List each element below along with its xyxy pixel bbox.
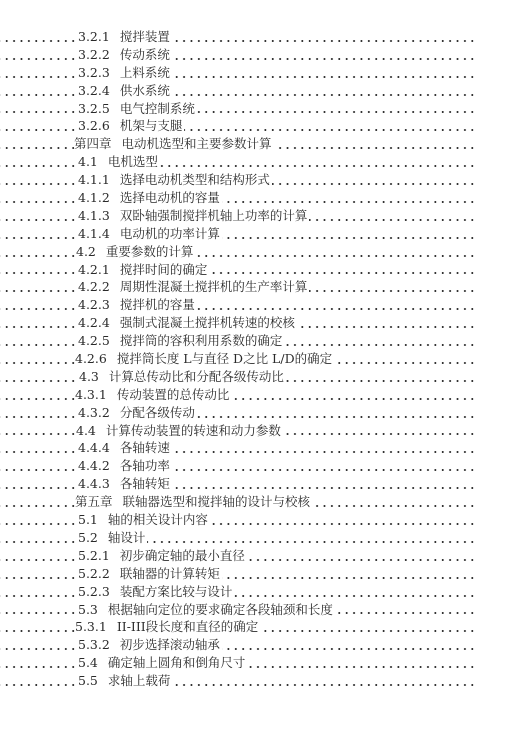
toc-entry-number: 5.2.3 <box>78 583 110 601</box>
leader-dots <box>0 487 476 489</box>
toc-entry-text: 5.2.1初步确定轴的最小直径 <box>78 548 247 563</box>
toc-entry-title: 选择电动机的容量 <box>120 190 220 205</box>
toc-entry-number: 5.3.2 <box>78 636 110 654</box>
toc-entry-number: 4.4.2 <box>78 457 110 475</box>
toc-entry[interactable]: 4.4.2各轴功率 <box>0 457 476 475</box>
toc-entry[interactable]: 5.5求轴上载荷 <box>0 672 476 690</box>
toc-entry-number: 5.3 <box>78 601 98 619</box>
toc-entry-text: 4.2.5搅拌筒的容积利用系数的确定 <box>78 333 284 348</box>
toc-entry[interactable]: 5.3根据轴向定位的要求确定各段轴颈和长度 <box>0 601 476 619</box>
toc-entry-text: 3.2.3上料系统 <box>78 65 172 80</box>
toc-entry-title: 供水系统 <box>120 83 170 98</box>
toc-entry-text: 4.3.2分配各级传动 <box>78 405 197 420</box>
toc-entry-number: 4.1.4 <box>78 225 110 243</box>
leader-dots <box>0 595 476 597</box>
toc-entry-title: 周期性混凝土搅拌机的生产率计算 <box>120 279 308 294</box>
leader-dots <box>0 469 476 471</box>
toc-entry-text: 4.4.3各轴转矩 <box>78 476 172 491</box>
leader-dots <box>0 165 476 167</box>
toc-entry[interactable]: 4.2.5搅拌筒的容积利用系数的确定 <box>0 332 476 350</box>
toc-entry-title: 初步选择滚动轴承 <box>120 637 220 652</box>
leader-dots <box>0 111 476 113</box>
toc-entry-text: 4.2.4强制式混凝土搅拌机转速的校核 <box>78 315 297 330</box>
toc-entry-text: 4.3.1传动装置的总传动比 <box>75 387 231 402</box>
toc-entry[interactable]: 3.2.6机架与支腿 <box>0 117 476 135</box>
toc-entry-number: 4.2.6 <box>75 350 107 368</box>
toc-entry-text: 5.2.2联轴器的计算转矩 <box>78 566 222 581</box>
toc-entry-number: 4.2.3 <box>78 296 110 314</box>
toc-entry[interactable]: 第五章联轴器选型和搅拌轴的设计与校核 <box>0 493 476 511</box>
toc-entry[interactable]: 3.2.5电气控制系统 <box>0 100 476 118</box>
toc-entry-title: II-III段长度和直径的确定 <box>117 619 258 634</box>
toc-entry-text: 4.1.3双卧轴强制搅拌机轴上功率的计算 <box>78 208 309 223</box>
toc-entry[interactable]: 5.2.2联轴器的计算转矩 <box>0 565 476 583</box>
toc-entry-number: 5.5 <box>78 672 98 690</box>
toc-entry-title: 初步确定轴的最小直径 <box>120 548 245 563</box>
leader-dots <box>0 40 476 42</box>
toc-entry-text: 4.1.2选择电动机的容量 <box>78 190 222 205</box>
toc-entry-text: 5.2.3装配方案比较与设计 <box>78 584 234 599</box>
toc-entry-text: 5.5求轴上载荷 <box>78 673 172 688</box>
toc-entry-text: 4.1.4电动机的功率计算 <box>78 226 222 241</box>
toc-entry-title: 上料系统 <box>120 65 170 80</box>
toc-entry-text: 5.3.1II-III段长度和直径的确定 <box>75 619 260 634</box>
toc-entry[interactable]: 4.2.6搅拌筒长度 L与直径 D之比 L/D的确定 <box>0 350 476 368</box>
toc-entry[interactable]: 4.1电机选型 <box>0 153 476 171</box>
toc-entry-number: 3.2.5 <box>78 100 110 118</box>
toc-entry[interactable]: 4.4.3各轴转矩 <box>0 475 476 493</box>
leader-dots <box>0 398 476 400</box>
toc-entry[interactable]: 5.3.1II-III段长度和直径的确定 <box>0 618 476 636</box>
leader-dots <box>0 201 476 203</box>
leader-dots <box>0 416 476 418</box>
toc-entry-number: 4.1.1 <box>78 171 110 189</box>
toc-entry-title: 分配各级传动 <box>120 405 195 420</box>
leader-dots <box>0 129 476 131</box>
toc-entry-title: 电动机的功率计算 <box>120 226 220 241</box>
toc-entry-title: 求轴上载荷 <box>108 673 171 688</box>
leader-dots <box>0 684 476 686</box>
toc-entry-number: 4.4.3 <box>78 475 110 493</box>
toc-entry[interactable]: 4.2.4强制式混凝土搅拌机转速的校核 <box>0 314 476 332</box>
toc-entry-text: 4.2.2周期性混凝土搅拌机的生产率计算 <box>78 279 309 294</box>
toc-entry-text: 4.2.6搅拌筒长度 L与直径 D之比 L/D的确定 <box>75 351 334 366</box>
toc-entry-number: 4.2.1 <box>78 261 110 279</box>
leader-dots <box>0 523 476 525</box>
toc-entry-text: 3.2.1搅拌装置 <box>78 29 172 44</box>
toc-entry-text: 3.2.2传动系统 <box>78 47 172 62</box>
toc-entry-title: 强制式混凝土搅拌机转速的校核 <box>120 315 295 330</box>
leader-dots <box>0 577 476 579</box>
toc-entry-text: 4.4计算传动装置的转速和动力参数 <box>76 423 283 438</box>
toc-entry[interactable]: 3.2.1搅拌装置 <box>0 28 476 46</box>
toc-entry-number: 3.2.2 <box>78 46 110 64</box>
toc-entry[interactable]: 4.4计算传动装置的转速和动力参数 <box>0 422 476 440</box>
toc-entry[interactable]: 4.1.4电动机的功率计算 <box>0 225 476 243</box>
toc-entry-title: 机架与支腿 <box>120 118 183 133</box>
toc-entry-number: 4.4.4 <box>78 439 110 457</box>
table-of-contents: 3.2.1搅拌装置3.2.2传动系统3.2.3上料系统3.2.4供水系统3.2.… <box>0 28 520 690</box>
toc-entry[interactable]: 5.2轴设计 <box>0 529 476 547</box>
toc-entry[interactable]: 4.3计算总传动比和分配各级传动比 <box>0 368 476 386</box>
toc-entry-title: 轴的相关设计内容 <box>108 512 208 527</box>
toc-entry[interactable]: 4.2.2周期性混凝土搅拌机的生产率计算 <box>0 278 476 296</box>
toc-entry[interactable]: 5.2.1初步确定轴的最小直径 <box>0 547 476 565</box>
toc-entry-number: 3.2.1 <box>78 28 110 46</box>
toc-entry-number: 4.2.2 <box>78 278 110 296</box>
toc-entry-title: 装配方案比较与设计 <box>120 584 233 599</box>
toc-entry-title: 搅拌装置 <box>120 29 170 44</box>
toc-entry-title: 选择电动机类型和结构形式 <box>120 172 270 187</box>
toc-entry-text: 3.2.5电气控制系统 <box>78 101 197 116</box>
toc-entry-title: 电气控制系统 <box>120 101 195 116</box>
toc-entry-text: 4.4.4各轴转速 <box>78 440 172 455</box>
toc-entry-number: 3.2.6 <box>78 117 110 135</box>
toc-entry-number: 4.3.2 <box>78 404 110 422</box>
toc-entry-text: 3.2.4供水系统 <box>78 83 172 98</box>
toc-entry-title: 联轴器选型和搅拌轴的设计与校核 <box>123 494 311 509</box>
toc-entry[interactable]: 4.1.2选择电动机的容量 <box>0 189 476 207</box>
toc-entry[interactable]: 4.2.3搅拌机的容量 <box>0 296 476 314</box>
toc-entry-title: 联轴器的计算转矩 <box>120 566 220 581</box>
leader-dots <box>0 451 476 453</box>
leader-dots <box>0 94 476 96</box>
toc-entry-text: 第四章电动机选型和主要参数计算 <box>74 136 274 151</box>
toc-entry-number: 5.2.1 <box>78 547 110 565</box>
toc-entry-number: 4.2.5 <box>78 332 110 350</box>
toc-entry[interactable]: 3.2.4供水系统 <box>0 82 476 100</box>
toc-entry-title: 传动装置的总传动比 <box>117 387 230 402</box>
toc-entry-title: 各轴转矩 <box>120 476 170 491</box>
toc-entry-text: 5.4确定轴上圆角和倒角尺寸 <box>78 655 247 670</box>
toc-entry-title: 重要参数的计算 <box>106 244 194 259</box>
toc-entry-number: 第五章 <box>75 493 113 511</box>
toc-entry-text: 5.3.2初步选择滚动轴承 <box>78 637 222 652</box>
toc-entry-number: 5.2.2 <box>78 565 110 583</box>
toc-entry[interactable]: 3.2.3上料系统 <box>0 64 476 82</box>
toc-entry-number: 4.1.3 <box>78 207 110 225</box>
toc-entry-title: 各轴功率 <box>120 458 170 473</box>
toc-entry-text: 5.3根据轴向定位的要求确定各段轴颈和长度 <box>78 602 335 617</box>
toc-entry-number: 4.3 <box>79 368 99 386</box>
toc-entry-number: 4.3.1 <box>75 386 107 404</box>
toc-entry-number: 第四章 <box>74 135 112 153</box>
toc-entry[interactable]: 第四章电动机选型和主要参数计算 <box>0 135 476 153</box>
toc-entry-text: 4.1.1选择电动机类型和结构形式 <box>78 172 272 187</box>
toc-entry-number: 3.2.3 <box>78 64 110 82</box>
toc-entry-number: 4.2 <box>76 243 96 261</box>
leader-dots <box>0 541 476 543</box>
toc-entry-number: 5.2 <box>78 529 98 547</box>
toc-entry[interactable]: 5.2.3装配方案比较与设计 <box>0 583 476 601</box>
toc-entry-text: 4.2.3搅拌机的容量 <box>78 297 197 312</box>
toc-entry-title: 电机选型 <box>108 154 158 169</box>
toc-entry[interactable]: 4.1.3双卧轴强制搅拌机轴上功率的计算 <box>0 207 476 225</box>
toc-entry-text: 4.1电机选型 <box>78 154 160 169</box>
leader-dots <box>0 648 476 650</box>
leader-dots <box>0 76 476 78</box>
toc-entry[interactable]: 5.3.2初步选择滚动轴承 <box>0 636 476 654</box>
toc-entry[interactable]: 5.4确定轴上圆角和倒角尺寸 <box>0 654 476 672</box>
leader-dots <box>0 272 476 274</box>
toc-entry[interactable]: 4.1.1选择电动机类型和结构形式 <box>0 171 476 189</box>
toc-entry-title: 搅拌时间的确定 <box>120 262 208 277</box>
toc-entry-title: 各轴转速 <box>120 440 170 455</box>
toc-entry-title: 搅拌筒长度 L与直径 D之比 L/D的确定 <box>117 351 332 366</box>
toc-entry[interactable]: 5.1轴的相关设计内容 <box>0 511 476 529</box>
toc-entry-number: 4.1 <box>78 153 98 171</box>
toc-entry-text: 4.4.2各轴功率 <box>78 458 172 473</box>
toc-entry-text: 5.2轴设计 <box>78 530 147 545</box>
toc-entry-text: 第五章联轴器选型和搅拌轴的设计与校核 <box>75 494 312 509</box>
leader-dots <box>0 237 476 239</box>
toc-entry-title: 轴设计 <box>108 530 146 545</box>
toc-entry-title: 计算传动装置的转速和动力参数 <box>106 423 281 438</box>
document-page: 3.2.1搅拌装置3.2.2传动系统3.2.3上料系统3.2.4供水系统3.2.… <box>0 0 520 750</box>
toc-entry[interactable]: 4.4.4各轴转速 <box>0 439 476 457</box>
toc-entry-text: 4.2.1搅拌时间的确定 <box>78 262 209 277</box>
toc-entry-title: 计算总传动比和分配各级传动比 <box>109 369 284 384</box>
toc-entry-title: 搅拌机的容量 <box>120 297 195 312</box>
toc-entry-number: 4.2.4 <box>78 314 110 332</box>
toc-entry-title: 搅拌筒的容积利用系数的确定 <box>120 333 283 348</box>
toc-entry-text: 4.2重要参数的计算 <box>76 244 195 259</box>
toc-entry-title: 双卧轴强制搅拌机轴上功率的计算 <box>120 208 308 223</box>
leader-dots <box>0 58 476 60</box>
toc-entry-title: 根据轴向定位的要求确定各段轴颈和长度 <box>108 602 333 617</box>
toc-entry-text: 4.3计算总传动比和分配各级传动比 <box>79 369 286 384</box>
toc-entry-number: 4.4 <box>76 422 96 440</box>
toc-entry[interactable]: 4.3.2分配各级传动 <box>0 404 476 422</box>
leader-dots <box>0 308 476 310</box>
leader-dots <box>0 255 476 257</box>
toc-entry-title: 确定轴上圆角和倒角尺寸 <box>108 655 246 670</box>
toc-entry[interactable]: 4.3.1传动装置的总传动比 <box>0 386 476 404</box>
toc-entry-title: 传动系统 <box>120 47 170 62</box>
toc-entry[interactable]: 3.2.2传动系统 <box>0 46 476 64</box>
toc-entry-text: 3.2.6机架与支腿 <box>78 118 184 133</box>
toc-entry-text: 5.1轴的相关设计内容 <box>78 512 210 527</box>
toc-entry-number: 4.1.2 <box>78 189 110 207</box>
toc-entry-number: 3.2.4 <box>78 82 110 100</box>
toc-entry-number: 5.4 <box>78 654 98 672</box>
toc-entry-number: 5.3.1 <box>75 618 107 636</box>
toc-entry[interactable]: 4.2重要参数的计算 <box>0 243 476 261</box>
toc-entry-title: 电动机选型和主要参数计算 <box>122 136 272 151</box>
toc-entry-number: 5.1 <box>78 511 98 529</box>
toc-entry[interactable]: 4.2.1搅拌时间的确定 <box>0 261 476 279</box>
